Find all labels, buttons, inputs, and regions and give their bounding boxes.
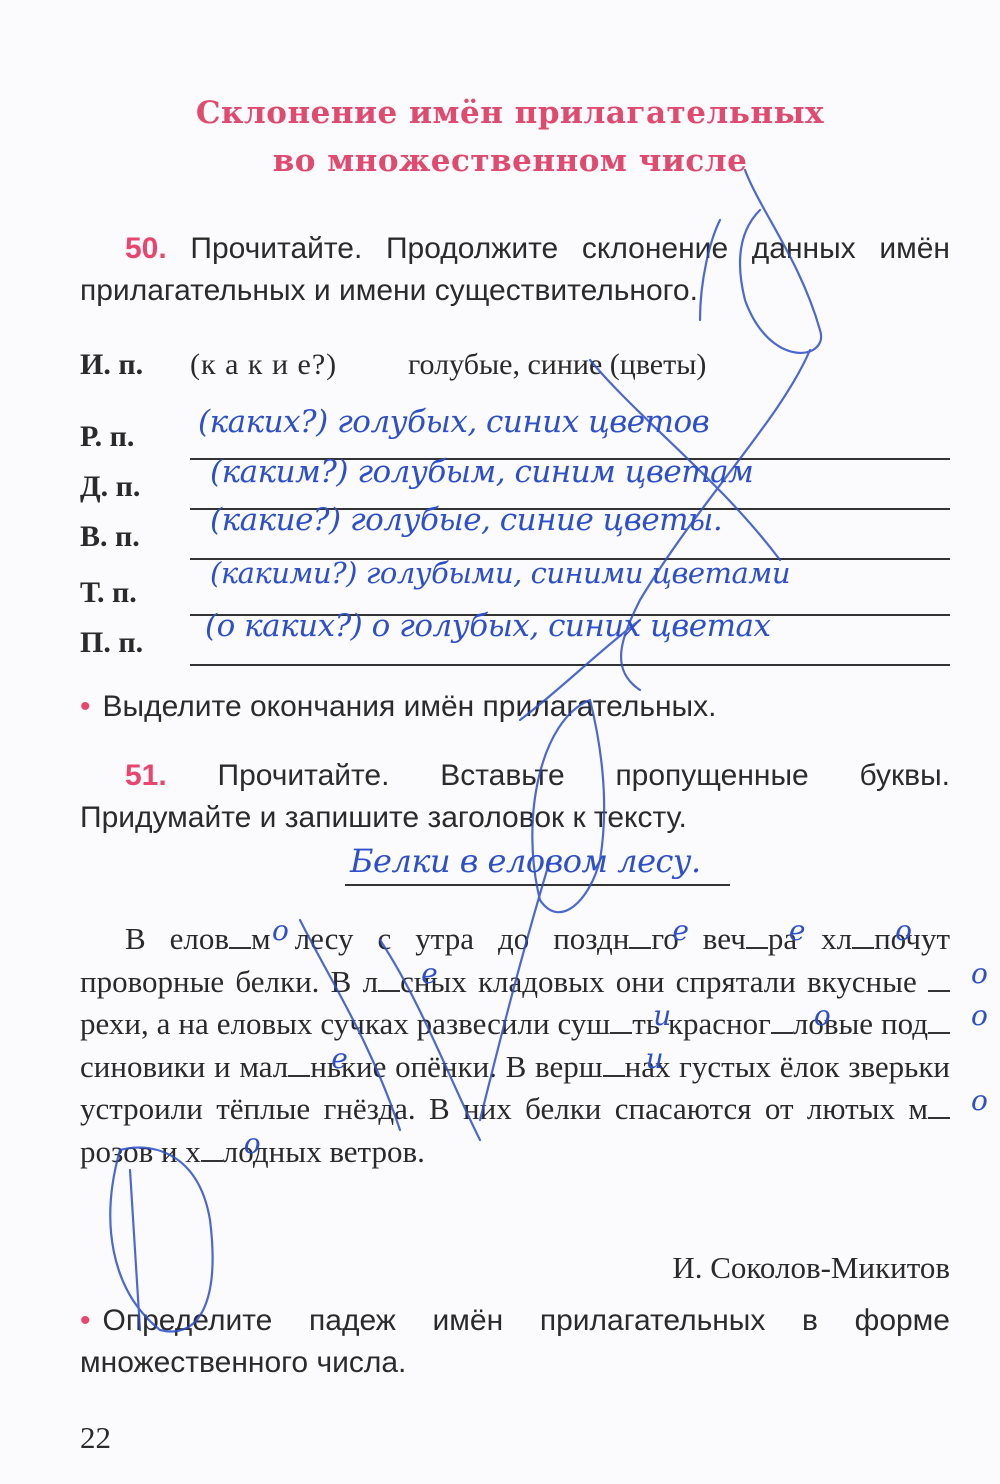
missing-letter-blank[interactable]: и <box>603 1055 625 1077</box>
text-segment: м лесу с утра до поздн <box>251 921 629 956</box>
nominative-words: голубые, синие (цветы) <box>408 348 706 382</box>
handwritten-answer: (какие?) голубые, синие цветы. <box>210 502 722 538</box>
handwritten-letter: е <box>627 917 651 945</box>
handwritten-letter: о <box>926 1002 950 1030</box>
missing-letter-blank[interactable]: е <box>288 1055 310 1077</box>
missing-letter-blank[interactable]: о <box>852 927 874 949</box>
text-segment: синовики и мал <box>80 1049 288 1084</box>
text-segment: сных кладовых они спрятали вкусные <box>400 964 928 999</box>
handwritten-letter: и <box>608 1002 632 1030</box>
case-label: Р. п. <box>80 420 134 454</box>
exercise-50-bullet-task: •Выделите окончания имён прилагательных. <box>80 686 950 728</box>
handwritten-letter: о <box>227 917 251 945</box>
case-label: Т. п. <box>80 576 137 610</box>
handwritten-letter: е <box>376 960 400 988</box>
bullet-task-text: Выделите окончания имён прилагательных. <box>103 690 717 723</box>
missing-letter-blank[interactable]: е <box>746 927 768 949</box>
handwritten-title: Белки в еловом лесу. <box>350 842 701 880</box>
missing-letter-blank[interactable]: е <box>378 970 400 992</box>
exercise-50-text: Прочитайте. Продолжите склонение данных … <box>80 232 950 307</box>
case-label: П. п. <box>80 626 143 660</box>
text-segment: ра хл <box>768 921 852 956</box>
missing-letter-blank[interactable]: о <box>771 1012 793 1034</box>
handwritten-answer: (какими?) голубыми, синими цветами <box>210 556 790 590</box>
missing-letter-blank[interactable]: о <box>229 927 251 949</box>
exercise-50-instruction: 50. Прочитайте. Продолжите склонение дан… <box>80 228 950 312</box>
section-title-line1: Склонение имён прилагательных <box>0 95 1000 131</box>
text-segment: В елов <box>125 921 229 956</box>
handwritten-letter: о <box>769 1002 793 1030</box>
exercise-51-number: 51. <box>125 759 167 792</box>
missing-letter-blank[interactable]: о <box>928 1097 950 1119</box>
handwritten-letter: и <box>601 1045 625 1073</box>
exercise-51-text: В еловом лесу с утра до позднего вечера … <box>80 918 950 1173</box>
section-title-line2: во множественном числе <box>0 143 1000 179</box>
author: И. Соколов-Микитов <box>672 1250 950 1286</box>
case-row-prepositional: П. п. (о каких?) о голубых, синих цветах <box>80 624 950 666</box>
handwritten-answer: (каким?) голубым, синим цветам <box>210 454 753 490</box>
exercise-50-number: 50. <box>125 232 167 265</box>
exercise-51-text: Прочитайте. Вставьте пропущенные буквы. … <box>80 759 950 834</box>
bullet-task-text: Определите падеж имён прилагательных в ф… <box>80 1304 950 1379</box>
case-row-accusative: В. п. (какие?) голубые, синие цветы. <box>80 518 950 560</box>
bullet-icon: • <box>80 690 91 723</box>
handwritten-letter: о <box>926 1087 950 1115</box>
text-segment: рехи, а на еловых сучках развесили суш <box>80 1006 610 1041</box>
missing-letter-blank[interactable]: о <box>201 1140 223 1162</box>
handwritten-letter: о <box>850 917 874 945</box>
case-label-nominative: И. п. <box>80 348 143 382</box>
missing-letter-blank[interactable]: о <box>928 1012 950 1034</box>
missing-letter-blank[interactable]: е <box>629 927 651 949</box>
exercise-51-instruction: 51. Прочитайте. Вставьте пропущенные бук… <box>80 755 950 839</box>
missing-letter-blank[interactable]: и <box>610 1012 632 1034</box>
text-segment: розов и х <box>80 1134 201 1169</box>
bullet-icon: • <box>80 1304 91 1337</box>
handwritten-letter: о <box>199 1130 223 1158</box>
handwritten-letter: е <box>744 917 768 945</box>
page-number: 22 <box>80 1420 111 1456</box>
answer-line[interactable] <box>190 664 950 666</box>
exercise-51-bullet-task: •Определите падеж имён прилагательных в … <box>80 1300 950 1384</box>
case-label: В. п. <box>80 520 140 554</box>
handwritten-letter: о <box>926 960 950 988</box>
handwritten-letter: е <box>286 1045 310 1073</box>
handwritten-answer: (о каких?) о голубых, синих цветах <box>205 608 771 644</box>
text-segment: нькие опёнки. В верш <box>310 1049 602 1084</box>
title-answer-line[interactable] <box>345 884 730 886</box>
text-segment: го веч <box>651 921 745 956</box>
handwritten-answer: (каких?) голубых, синих цветов <box>198 404 709 440</box>
missing-letter-blank[interactable]: о <box>928 970 950 992</box>
nominative-question: (к а к и е?) <box>190 348 337 382</box>
nominative-row: И. п. (к а к и е?) голубые, синие (цветы… <box>80 348 950 390</box>
case-label: Д. п. <box>80 470 140 504</box>
